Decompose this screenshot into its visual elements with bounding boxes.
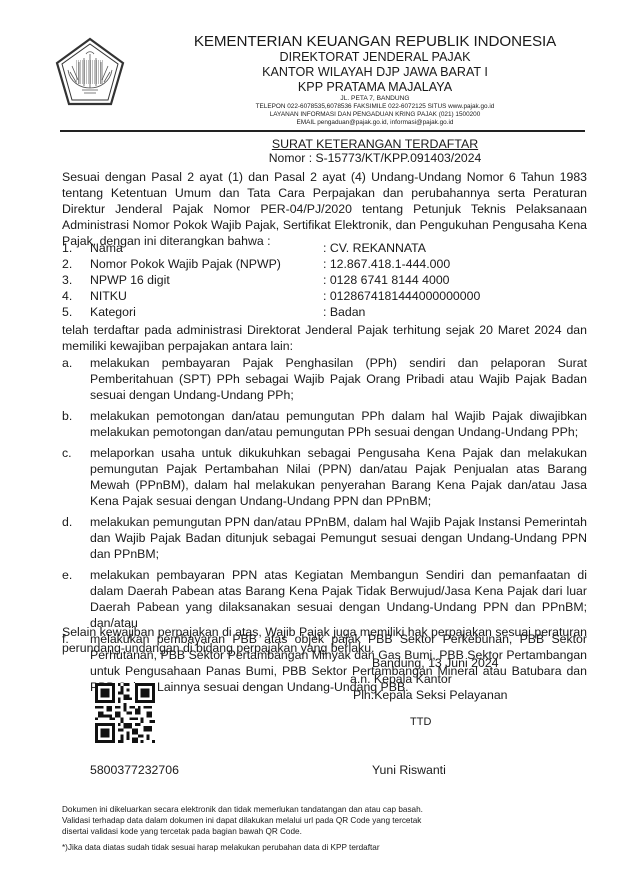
row-label: NPWP 16 digit [90,272,323,288]
signature-place-date: Bandung, 13 Juni 2024 [372,656,499,670]
obligation-item: b. melakukan pemotongan dan/atau pemungu… [62,408,587,440]
identity-row: 4. NITKU : 0128674181444000000000 [62,288,587,304]
item-text: melakukan pembayaran PPN atas Kegiatan M… [90,567,587,631]
row-label: Nomor Pokok Wajib Pajak (NPWP) [90,256,323,272]
footer-note-electronic: Dokumen ini dikeluarkan secara elektroni… [62,804,587,815]
directorate-name: DIREKTORAT JENDERAL PAJAK [165,50,585,64]
row-value: : 12.867.418.1-444.000 [323,256,450,272]
office-contact: TELEPON 022-6078535,6078536 FAKSIMILE 02… [165,103,585,110]
row-value: : Badan [323,304,365,320]
document-title: SURAT KETERANGAN TERDAFTAR [165,137,585,151]
signature-ttd: TTD [410,716,431,728]
row-number: 4. [62,288,90,304]
row-number: 3. [62,272,90,288]
footer-note-update: *)Jika data diatas sudah tidak sesuai ha… [62,842,587,853]
item-letter: d. [62,514,90,562]
item-text: melakukan pemungutan PPN dan/atau PPnBM,… [90,514,587,562]
row-number: 5. [62,304,90,320]
item-text: melaporkan usaha untuk dikukuhkan sebaga… [90,445,587,509]
registration-paragraph: telah terdaftar pada administrasi Direkt… [62,322,587,354]
row-number: 1. [62,240,90,256]
item-letter: b. [62,408,90,440]
item-text: melakukan pemotongan dan/atau pemungutan… [90,408,587,440]
obligation-item: d. melakukan pemungutan PPN dan/atau PPn… [62,514,587,562]
tax-office-name: KPP PRATAMA MAJALAYA [165,80,585,94]
item-letter: a. [62,355,90,403]
service-line: LAYANAN INFORMASI DAN PENGADUAN KRING PA… [165,111,585,118]
identity-row: 5. Kategori : Badan [62,304,587,320]
row-value: : 0128674181444000000000 [323,288,480,304]
taxpayer-identity-list: 1. Nama : CV. REKANNATA 2. Nomor Pokok W… [62,240,587,320]
identity-row: 3. NPWP 16 digit : 0128 6741 8144 4000 [62,272,587,288]
ministry-name: KEMENTERIAN KEUANGAN REPUBLIK INDONESIA [165,33,585,50]
signatory-name: Yuni Riswanti [372,763,446,777]
row-value: : 0128 6741 8144 4000 [323,272,450,288]
footer-note-validation-cont: disertai validasi kode yang tercetak pad… [62,826,587,837]
footer-note-validation: Validasi terhadap data dalam dokumen ini… [62,815,587,826]
office-address: JL. PETA 7, BANDUNG [165,95,585,102]
item-letter: e. [62,567,90,631]
qr-code-icon[interactable] [95,683,155,743]
signature-on-behalf: a.n. Kepala Kantor [350,672,452,686]
item-text: melakukan pembayaran Pajak Penghasilan (… [90,355,587,403]
document-number: Nomor : S-15773/KT/KPP.091403/2024 [165,151,585,165]
letterhead-divider [60,130,585,132]
regional-office-name: KANTOR WILAYAH DJP JAWA BARAT I [165,65,585,79]
signature-position: Plh.Kepala Seksi Pelayanan [353,688,508,702]
row-label: Nama [90,240,323,256]
rights-paragraph: Selain kewajiban perpajakan di atas, Waj… [62,624,587,656]
office-email: EMAIL pengaduan@pajak.go.id, informasi@p… [165,119,585,126]
row-label: NITKU [90,288,323,304]
kemenkeu-logo-icon [54,36,126,108]
item-letter: c. [62,445,90,509]
obligation-item: e. melakukan pembayaran PPN atas Kegiata… [62,567,587,631]
row-value: : CV. REKANNATA [323,240,426,256]
identity-row: 2. Nomor Pokok Wajib Pajak (NPWP) : 12.8… [62,256,587,272]
intro-paragraph: Sesuai dengan Pasal 2 ayat (1) dan Pasal… [62,169,587,249]
identity-row: 1. Nama : CV. REKANNATA [62,240,587,256]
validation-code: 5800377232706 [90,763,179,777]
row-label: Kategori [90,304,323,320]
obligation-item: c. melaporkan usaha untuk dikukuhkan seb… [62,445,587,509]
obligation-item: a. melakukan pembayaran Pajak Penghasila… [62,355,587,403]
row-number: 2. [62,256,90,272]
